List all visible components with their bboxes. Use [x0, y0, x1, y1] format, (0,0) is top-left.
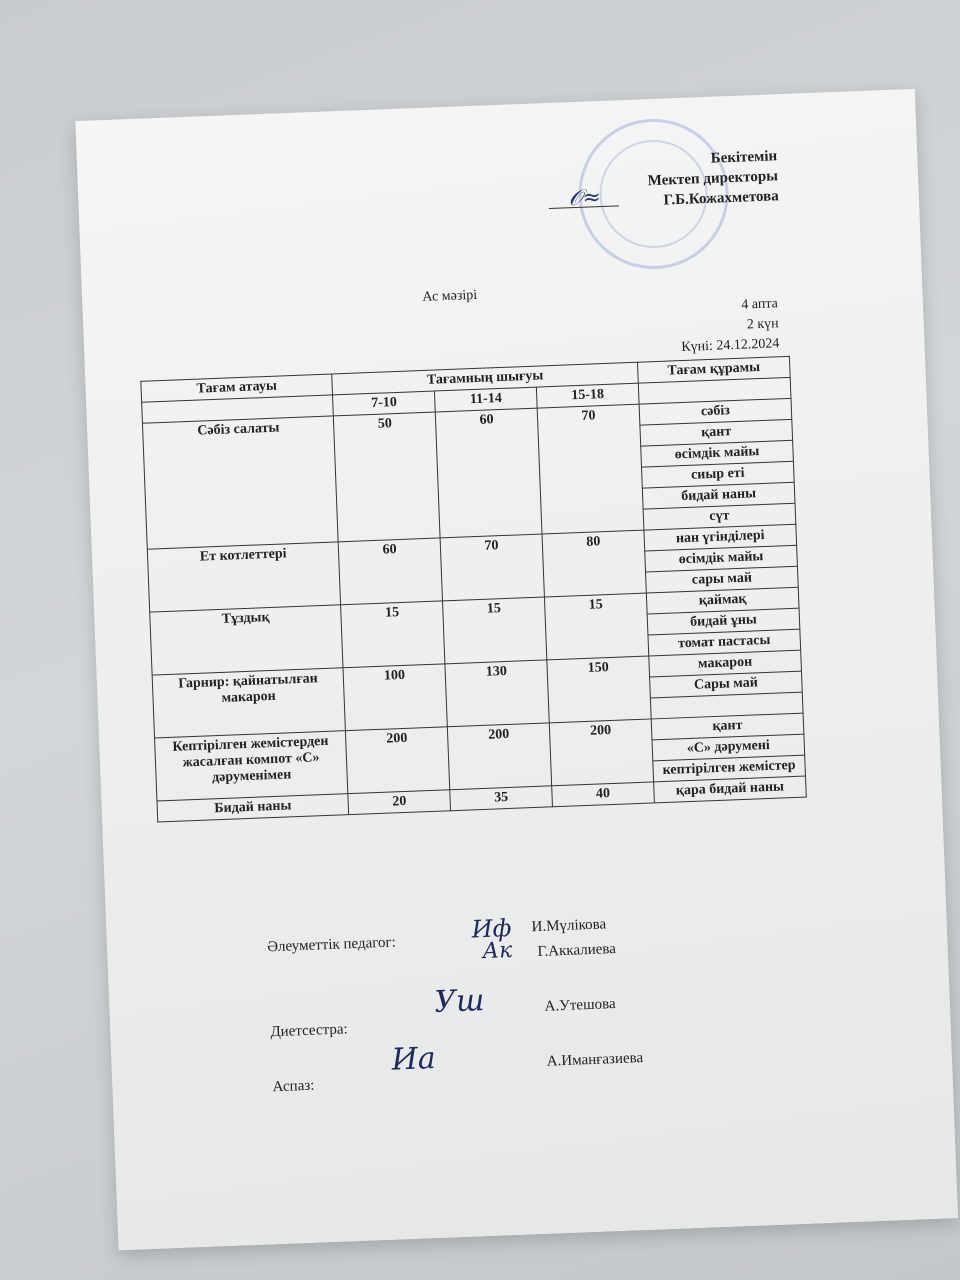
menu-meta: 4 апта 2 күн Күні: 24.12.2024 — [679, 294, 779, 358]
portion-7-10: 20 — [348, 790, 451, 815]
portion-11-14: 70 — [440, 534, 544, 601]
portion-7-10: 50 — [334, 412, 441, 542]
portion-11-14: 200 — [447, 723, 551, 790]
dish-name: Кептірілген жемістерден жасалған компот … — [155, 731, 348, 801]
document-title: Ас мәзірі — [422, 288, 477, 306]
portion-15-18: 80 — [542, 530, 646, 597]
approval-line-3: Г.Б.Кожахметова — [648, 186, 779, 211]
portion-15-18: 70 — [537, 404, 644, 534]
cook-name: А.Иманғазиева — [546, 1050, 643, 1071]
signature-uteshova: Уш — [434, 983, 485, 1020]
social-pedagogue-label: Әлеуметтік педагог: — [267, 934, 396, 956]
portion-7-10: 200 — [346, 727, 450, 794]
social-pedagogue-name-1: И.Мүлікова — [531, 916, 606, 936]
menu-document: 𝒪≈ Бекітемін Мектеп директоры Г.Б.Кожахм… — [75, 89, 958, 1250]
ingredient: қара бидай наны — [654, 776, 807, 803]
portion-15-18: 200 — [549, 719, 653, 786]
portion-11-14: 130 — [445, 660, 549, 727]
social-pedagogue-name-2: Г.Аккалиева — [537, 941, 616, 961]
portion-15-18: 40 — [552, 782, 655, 807]
portion-7-10: 100 — [343, 664, 447, 731]
portion-7-10: 60 — [338, 538, 442, 605]
portion-11-14: 15 — [443, 597, 547, 664]
signature-akkalieva: Ак — [482, 938, 513, 964]
dish-name: Сәбіз салаты — [142, 416, 338, 549]
portion-11-14: 35 — [450, 786, 553, 811]
dietitian-name: А.Утешова — [544, 996, 616, 1016]
approval-block: Бекітемін Мектеп директоры Г.Б.Кожахмето… — [647, 146, 779, 211]
dish-name: Тұздық — [150, 605, 343, 675]
portion-7-10: 15 — [341, 601, 445, 668]
portion-11-14: 60 — [435, 408, 542, 538]
portion-15-18: 15 — [544, 593, 648, 660]
dietitian-label: Диетсестра: — [270, 1021, 348, 1041]
signature-imangazieva: Иа — [391, 1041, 436, 1078]
dish-name: Ет котлеттері — [147, 542, 340, 612]
menu-table: Тағам атауы Тағамның шығуы Тағам құрамы … — [140, 356, 806, 823]
cook-label: Аспаз: — [272, 1078, 315, 1097]
dish-name: Гарнир: қайнатылған макарон — [152, 668, 345, 738]
date-label: Күні: 24.12.2024 — [681, 334, 780, 358]
portion-15-18: 150 — [547, 656, 651, 723]
